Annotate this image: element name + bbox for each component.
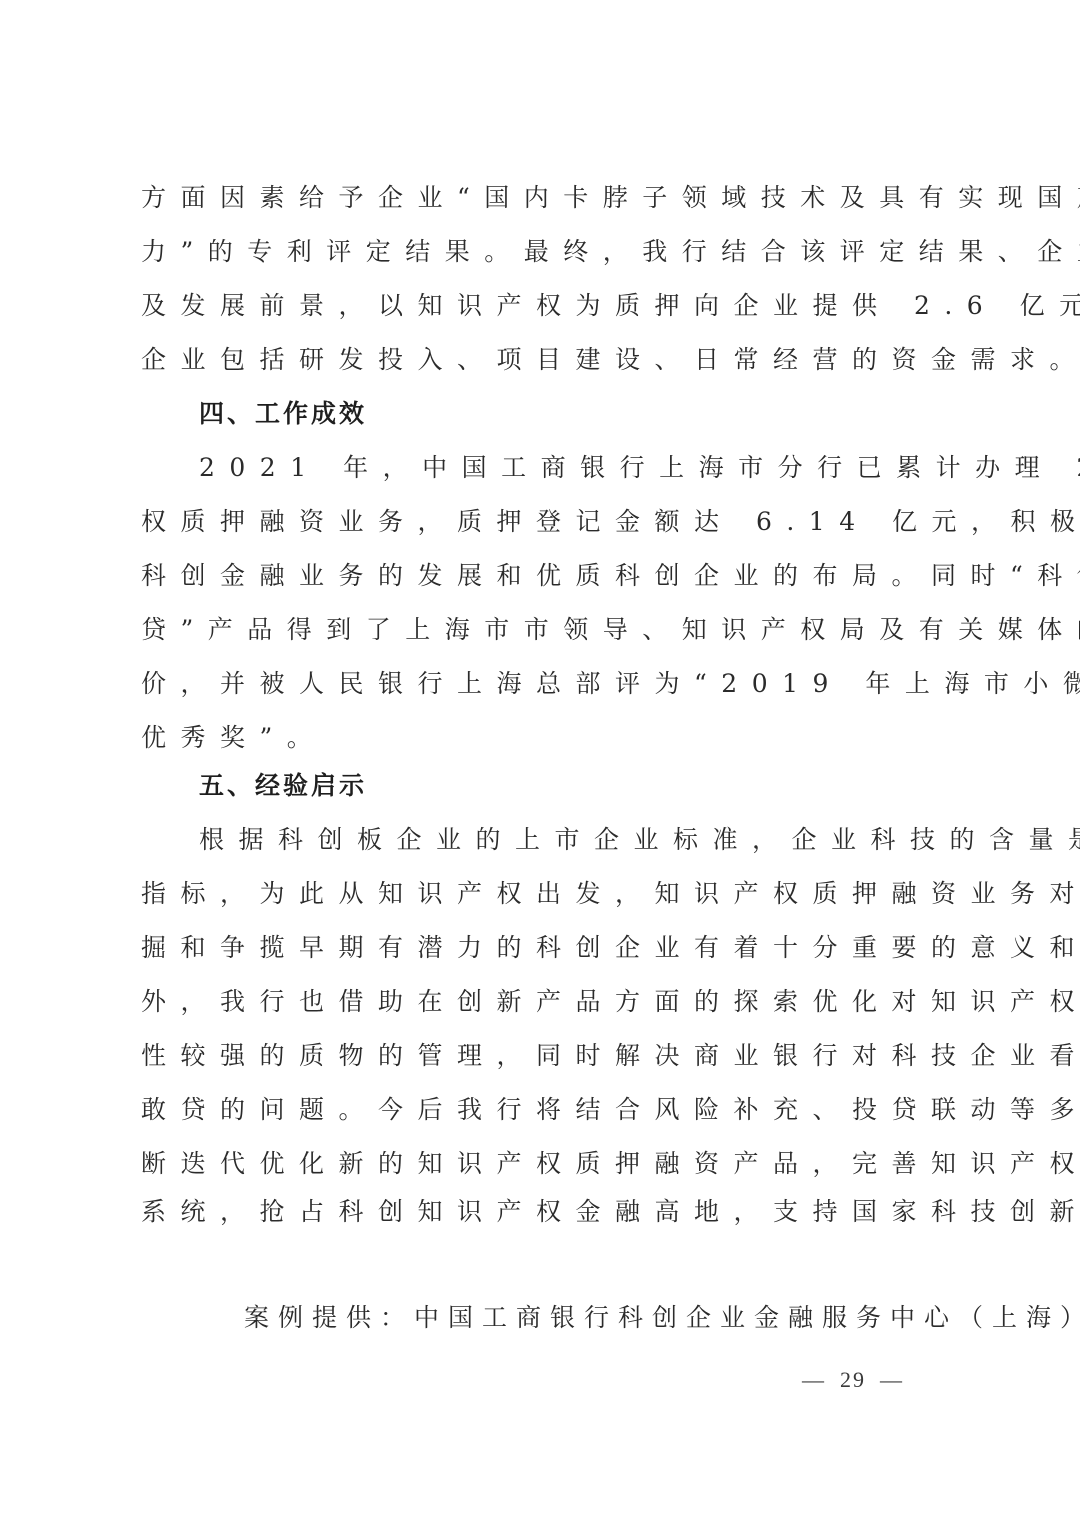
paragraph-line: 根据科创板企业的上市企业标准，企业科技的含量是关键的 [199, 820, 941, 860]
paragraph-line: 权质押融资业务，质押登记金额达 6.14 亿元，积极推动了我行 [141, 502, 941, 542]
paragraph-line: 敢贷的问题。今后我行将结合风险补充、投贷联动等多种模式不 [141, 1090, 941, 1130]
paragraph-line: 性较强的质物的管理，同时解决商业银行对科技企业看不懂、不 [141, 1036, 941, 1076]
section-heading-lessons: 五、经验启示 [199, 766, 367, 806]
paragraph-line: 系统，抢占科创知识产权金融高地，支持国家科技创新战略。 [141, 1192, 941, 1232]
paragraph-line: 外，我行也借助在创新产品方面的探索优化对知识产权这类专业 [141, 982, 941, 1022]
page-number: —29— [800, 1360, 906, 1400]
page-number-right-dash: — [878, 1360, 906, 1400]
paragraph-line: 2021 年，中国工商银行上海市分行已累计办理 25 笔知识产 [199, 448, 941, 488]
paragraph-line: 力”的专利评定结果。最终，我行结合该评定结果、企业的业绩 [141, 232, 941, 272]
case-credit: 案例提供：中国工商银行科创企业金融服务中心（上海） [244, 1298, 941, 1338]
paragraph-line: 掘和争揽早期有潜力的科创企业有着十分重要的意义和作用。此 [141, 928, 941, 968]
paragraph-line: 指标，为此从知识产权出发，知识产权质押融资业务对于我行发 [141, 874, 941, 914]
paragraph-line: 及发展前景，以知识产权为质押向企业提供 2.6 亿元贷款，支持 [141, 286, 941, 326]
paragraph-line: 贷”产品得到了上海市市领导、知识产权局及有关媒体的高度评 [141, 610, 941, 650]
paragraph-line: 企业包括研发投入、项目建设、日常经营的资金需求。 [141, 340, 941, 380]
paragraph-line: 科创金融业务的发展和优质科创企业的布局。同时“科创知产 [141, 556, 941, 596]
page-number-left-dash: — [800, 1360, 828, 1400]
paragraph-line: 优秀奖”。 [141, 718, 941, 758]
section-heading-results: 四、工作成效 [199, 394, 367, 434]
document-page: 方面因素给予企业“国内卡脖子领域技术及具有实现国产替代能 力”的专利评定结果。最… [0, 0, 1080, 1527]
paragraph-line: 方面因素给予企业“国内卡脖子领域技术及具有实现国产替代能 [141, 178, 941, 218]
paragraph-line: 断迭代优化新的知识产权质押融资产品，完善知识产权金融服务 [141, 1144, 941, 1184]
paragraph-line: 价，并被人民银行上海总部评为“2019 年上海市小微金融创新 [141, 664, 941, 704]
page-number-value: 29 [840, 1360, 866, 1400]
